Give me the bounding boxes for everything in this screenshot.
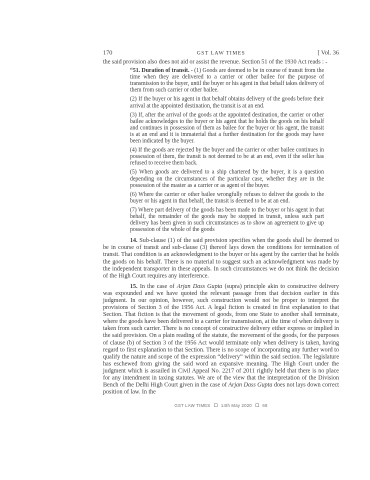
quote-item-number: (5)	[130, 169, 137, 175]
quote-item-number: (3)	[130, 112, 137, 118]
quote-item-text: Where part delivery of the goods has bee…	[130, 207, 324, 233]
paragraph-number: 15.	[130, 282, 138, 289]
footer-page-number: 68	[262, 403, 267, 408]
quote-item-text: Where the carrier or other bailee wrongf…	[130, 191, 324, 204]
page-header: 170 GST LAW TIMES [ Vol. 36	[103, 49, 339, 57]
quote-item-text: If the buyer or his agent in that behalf…	[130, 96, 324, 109]
quote-item-text: If, after the arrival of the goods at th…	[130, 112, 324, 144]
footer-journal: GST LAW TIMES	[174, 403, 210, 408]
quote-item-number: (6)	[130, 191, 137, 197]
paragraph-text: Sub-clause (1) of the said provision spe…	[103, 237, 339, 279]
quote-item-7: (7) Where part delivery of the goods has…	[130, 207, 324, 233]
intro-text: the said provision also does not aid or …	[103, 58, 327, 65]
paragraph-15: 15. In the case of Arjan Dass Gupta (sup…	[103, 282, 339, 395]
paragraph-number: 14.	[130, 237, 138, 244]
quote-item-5: (5) When goods are delivered to a ship c…	[130, 169, 324, 189]
paragraph-14: 14. Sub-clause (1) of the said provision…	[103, 237, 339, 279]
quote-item-number: (2)	[130, 96, 137, 102]
statute-quote: “51. Duration of transit. - (1) Goods ar…	[130, 68, 324, 234]
body-text: the said provision also does not aid or …	[103, 58, 339, 409]
quote-item-2: (2) If the buyer or his agent in that be…	[130, 96, 324, 109]
intro-paragraph: the said provision also does not aid or …	[103, 58, 339, 65]
page-number: 170	[103, 49, 148, 57]
separator-box-icon	[214, 404, 218, 408]
paragraph-text: In the case of	[140, 282, 175, 289]
document-page: 170 GST LAW TIMES [ Vol. 36 the said pro…	[0, 0, 370, 480]
text-block: 170 GST LAW TIMES [ Vol. 36 the said pro…	[103, 49, 339, 409]
quote-item-3: (3) If, after the arrival of the goods a…	[130, 112, 324, 145]
quote-heading: “51. Duration of transit. - (1) Goods ar…	[130, 68, 324, 94]
quote-heading-title: “51. Duration of transit. -	[130, 68, 193, 74]
paragraph-text: (supra) principle akin to constructive d…	[103, 282, 339, 388]
case-citation: Arjan Dass Gupta	[177, 282, 223, 289]
case-citation: Arjan Dass Gupta	[228, 381, 272, 388]
page-footer: GST LAW TIMES14th May 202068	[103, 402, 339, 409]
quote-item-number: (7)	[130, 207, 137, 213]
quote-item-number: (4)	[130, 147, 137, 153]
quote-item-text: If the goods are rejected by the buyer a…	[130, 147, 324, 166]
volume-label: [ Vol. 36	[294, 49, 339, 57]
quote-item-text: When goods are delivered to a ship chart…	[130, 169, 324, 188]
quote-item-4: (4) If the goods are rejected by the buy…	[130, 147, 324, 167]
footer-date: 14th May 2020	[221, 403, 252, 408]
separator-box-icon	[255, 404, 259, 408]
journal-title: GST LAW TIMES	[148, 50, 294, 56]
quote-item-6: (6) Where the carrier or other bailee wr…	[130, 191, 324, 204]
